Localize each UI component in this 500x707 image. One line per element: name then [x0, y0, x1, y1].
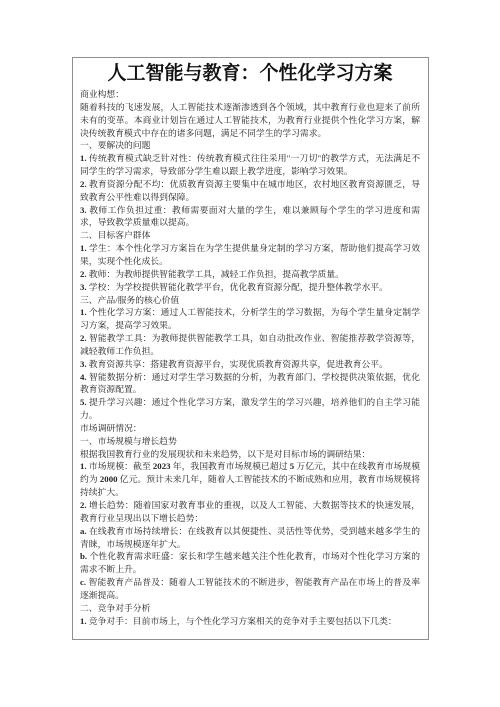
- list-item: 1. 市场规模：截至 2023 年，我国教育市场规模已超过 5 万亿元，其中在线…: [80, 460, 420, 499]
- block-text: 市场调研情况：: [80, 423, 142, 433]
- block-text: 一、市场规模与增长趋势: [80, 436, 177, 446]
- block-text: 市场规模：截至 2023 年，我国教育市场规模已超过 5 万亿元，其中在线教育市…: [80, 461, 420, 497]
- list-item: 1. 学生：本个性化学习方案旨在为学生提供量身定制的学习方案，帮助他们提高学习效…: [80, 242, 420, 268]
- block-text: 根据我国教育行业的发展现状和未来趋势，以下是对目标市场的调研结果：: [80, 449, 370, 459]
- list-item: 3. 教育资源共享：搭建教育资源平台，实现优质教育资源共享，促进教育公平。: [80, 358, 420, 371]
- block-text: 教育资源共享：搭建教育资源平台，实现优质教育资源共享，促进教育公平。: [89, 359, 388, 369]
- list-marker: a.: [80, 526, 89, 536]
- block-text: 商业构想：: [80, 89, 124, 99]
- list-item: b. 个性化教育需求旺盛：家长和学生越来越关注个性化教育，市场对个性化学习方案的…: [80, 550, 420, 576]
- list-item: 4. 智能数据分析：通过对学生学习数据的分析，为教育部门、学校提供决策依据，优化…: [80, 371, 420, 397]
- list-marker: 1.: [80, 616, 89, 626]
- list-item: a. 在线教育市场持续增长：在线教育以其便捷性、灵活性等优势，受到越来越多学生的…: [80, 525, 420, 551]
- block-text: 智能教学工具：为教师提供智能教学工具，如自动批改作业、智能推荐教学资源等，减轻教…: [80, 333, 420, 356]
- list-item: 1. 个性化学习方案：通过人工智能技术，分析学生的学习数据，为每个学生量身定制学…: [80, 306, 420, 332]
- list-marker: 1.: [80, 153, 89, 163]
- block-text: 教育资源分配不均：优质教育资源主要集中在城市地区，农村地区教育资源匮乏，导致教育…: [80, 179, 420, 202]
- list-marker: 2.: [80, 179, 89, 189]
- list-item: 2. 智能教学工具：为教师提供智能教学工具，如自动批改作业、智能推荐教学资源等，…: [80, 332, 420, 358]
- block-text: 智能数据分析：通过对学生学习数据的分析，为教育部门、学校提供决策依据，优化教育资…: [80, 372, 420, 395]
- block-text: 教师工作负担过重：教师需要面对大量的学生，难以兼顾每个学生的学习进度和需求，导致…: [80, 205, 420, 228]
- block-text: 增长趋势：随着国家对教育事业的重视，以及人工智能、大数据等技术的快速发展，教育行…: [80, 500, 420, 523]
- section-heading-competitors: 二、竞争对手分析: [80, 602, 420, 615]
- section-heading-market-size: 一、市场规模与增长趋势: [80, 435, 420, 448]
- list-marker: 3.: [80, 359, 89, 369]
- list-marker: 2.: [80, 500, 89, 510]
- list-item: 1. 传统教育模式缺乏针对性：传统教育模式往往采用"一刀切"的教学方式，无法满足…: [80, 152, 420, 178]
- block-text: 学校：为学校提供智能化教学平台，优化教育资源分配，提升整体教学水平。: [89, 282, 388, 292]
- list-item: 3. 教师工作负担过重：教师需要面对大量的学生，难以兼顾每个学生的学习进度和需求…: [80, 204, 420, 230]
- paragraph: 根据我国教育行业的发展现状和未来趋势，以下是对目标市场的调研结果：: [80, 448, 420, 461]
- document-title: 人工智能与教育：个性化学习方案: [80, 61, 420, 86]
- list-marker: 4.: [80, 372, 89, 382]
- list-marker: 1.: [80, 243, 89, 253]
- list-marker: 3.: [80, 205, 89, 215]
- block-text: 二、目标客户群体: [80, 230, 150, 240]
- list-marker: 2.: [80, 333, 89, 343]
- block-text: 随着科技的飞速发展，人工智能技术逐渐渗透到各个领域，其中教育行业也迎来了前所未有…: [80, 102, 420, 138]
- intro-paragraph: 随着科技的飞速发展，人工智能技术逐渐渗透到各个领域，其中教育行业也迎来了前所未有…: [80, 101, 420, 140]
- list-marker: 1.: [80, 307, 89, 317]
- block-text: 学生：本个性化学习方案旨在为学生提供量身定制的学习方案，帮助他们提高学习效果，实…: [80, 243, 420, 266]
- block-text: 一、要解决的问题: [80, 140, 150, 150]
- list-item: c. 智能教育产品普及：随着人工智能技术的不断进步，智能教育产品在市场上的普及率…: [80, 576, 420, 602]
- block-text: 个性化教育需求旺盛：家长和学生越来越关注个性化教育，市场对个性化学习方案的需求不…: [80, 551, 420, 574]
- list-item: 3. 学校：为学校提供智能化教学平台，优化教育资源分配，提升整体教学水平。: [80, 281, 420, 294]
- market-research-label: 市场调研情况：: [80, 422, 420, 435]
- list-marker: 1.: [80, 461, 89, 471]
- list-item: 1. 竞争对手：目前市场上，与个性化学习方案相关的竞争对手主要包括以下几类：: [80, 615, 420, 628]
- list-item: 2. 教育资源分配不均：优质教育资源主要集中在城市地区，农村地区教育资源匮乏，导…: [80, 178, 420, 204]
- block-text: 在线教育市场持续增长：在线教育以其便捷性、灵活性等优势，受到越来越多学生的青睐，…: [80, 526, 420, 549]
- block-text: 三、产品/服务的核心价值: [80, 295, 179, 305]
- block-text: 教师：为教师提供智能教学工具，减轻工作负担，提高教学质量。: [89, 269, 344, 279]
- block-text: 个性化学习方案：通过人工智能技术，分析学生的学习数据，为每个学生量身定制学习方案…: [80, 307, 420, 330]
- section-heading-core-value: 三、产品/服务的核心价值: [80, 294, 420, 307]
- list-item: 2. 增长趋势：随着国家对教育事业的重视，以及人工智能、大数据等技术的快速发展，…: [80, 499, 420, 525]
- list-marker: 2.: [80, 269, 89, 279]
- block-text: 智能教育产品普及：随着人工智能技术的不断进步，智能教育产品在市场上的普及率逐渐提…: [80, 577, 420, 600]
- list-item: 2. 教师：为教师提供智能教学工具，减轻工作负担，提高教学质量。: [80, 268, 420, 281]
- business-concept-label: 商业构想：: [80, 88, 420, 101]
- document-page-frame: 人工智能与教育：个性化学习方案 商业构想： 随着科技的飞速发展，人工智能技术逐渐…: [72, 57, 429, 640]
- block-text: 提升学习兴趣：通过个性化学习方案，激发学生的学习兴趣，培养他们的自主学习能力。: [80, 397, 420, 420]
- list-item: 5. 提升学习兴趣：通过个性化学习方案，激发学生的学习兴趣，培养他们的自主学习能…: [80, 396, 420, 422]
- section-heading-target-customers: 二、目标客户群体: [80, 229, 420, 242]
- block-text: 传统教育模式缺乏针对性：传统教育模式往往采用"一刀切"的教学方式，无法满足不同学…: [80, 153, 420, 176]
- section-heading-problems: 一、要解决的问题: [80, 139, 420, 152]
- list-marker: 5.: [80, 397, 89, 407]
- list-marker: 3.: [80, 282, 89, 292]
- block-text: 二、竞争对手分析: [80, 603, 150, 613]
- block-text: 竞争对手：目前市场上，与个性化学习方案相关的竞争对手主要包括以下几类：: [89, 616, 397, 626]
